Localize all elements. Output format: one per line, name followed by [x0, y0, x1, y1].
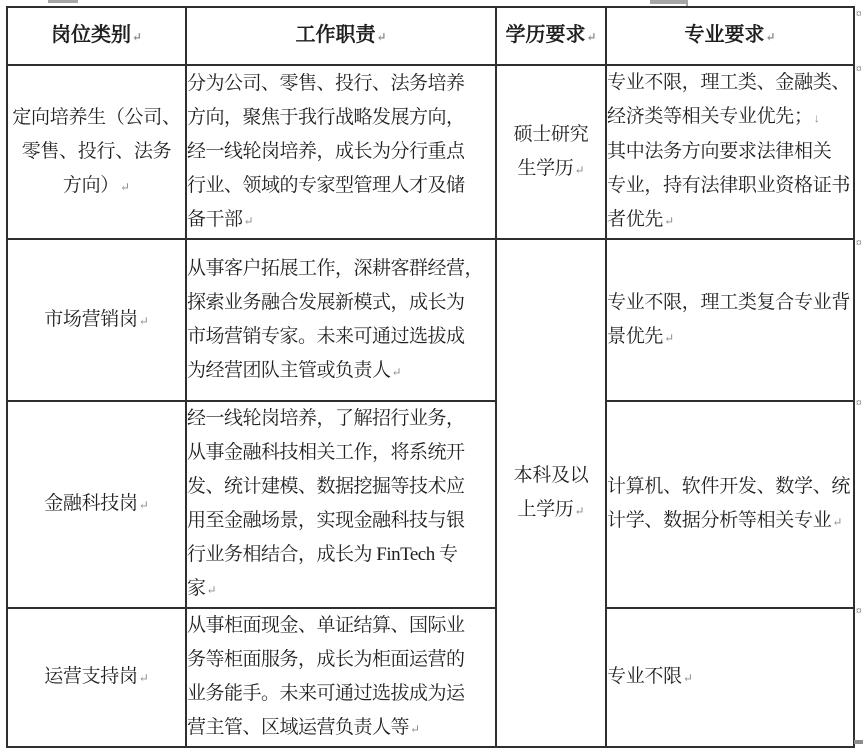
- cell-text: 市场营销岗: [44, 309, 138, 330]
- end-of-row-mark: ¤: [856, 398, 862, 409]
- header-major-requirement: 专业要求↵: [606, 7, 854, 65]
- cell-text: 专业不限，理工类复合专业背 景优先: [607, 292, 850, 347]
- paragraph-mark: ↵: [139, 671, 149, 685]
- cell-text: 专业不限: [607, 666, 682, 687]
- cell-text: 经一线轮岗培养，了解招行业务， 从事金融科技相关工作，将系统开 发、统计建模、数…: [187, 408, 465, 599]
- cell-category-targeted-trainee: 定向培养生（公司、 零售、投行、法务 方向）↵: [7, 65, 186, 239]
- line-break-mark: ↓: [814, 111, 820, 125]
- major-paragraph-1: 专业不限，理工类、金融类、 经济类等相关专业优先；↓: [607, 66, 853, 135]
- end-of-row-mark: ¤: [856, 238, 862, 249]
- paragraph-mark: ↵: [410, 722, 420, 736]
- header-label: 岗位类别: [51, 24, 131, 46]
- paragraph-mark: ↵: [139, 314, 149, 328]
- paragraph-mark: ↵: [132, 30, 142, 44]
- paragraph-mark: ↵: [765, 30, 775, 44]
- header-label: 工作职责: [295, 24, 375, 46]
- cell-text: 计算机、软件开发、数学、统 计学、数据分析等相关专业: [607, 476, 850, 531]
- cell-category-operations: 运营支持岗↵: [7, 608, 186, 747]
- end-of-row-mark: ¤: [856, 9, 862, 20]
- header-position-category: 岗位类别↵: [7, 7, 186, 65]
- row-fintech: 金融科技岗↵ 经一线轮岗培养，了解招行业务， 从事金融科技相关工作，将系统开 发…: [7, 401, 854, 608]
- paragraph-mark: ↵: [683, 671, 693, 685]
- paragraph-mark: ↵: [376, 30, 386, 44]
- paragraph-mark: ↵: [392, 365, 402, 379]
- cell-major-fintech: 计算机、软件开发、数学、统 计学、数据分析等相关专业↵: [606, 401, 854, 608]
- row-operations: 运营支持岗↵ 从事柜面现金、单证结算、国际业 务等柜面服务，成长为柜面运营的 业…: [7, 608, 854, 747]
- cell-text: 从事柜面现金、单证结算、国际业 务等柜面服务，成长为柜面运营的 业务能手。未来可…: [187, 615, 465, 738]
- header-label: 专业要求: [684, 24, 764, 46]
- cropped-content-artifact-left: [48, 0, 78, 3]
- cell-major-targeted-trainee: 专业不限，理工类、金融类、 经济类等相关专业优先；↓ 其中法务方向要求法律相关 …: [606, 65, 854, 239]
- cell-category-fintech: 金融科技岗↵: [7, 401, 186, 608]
- paragraph-mark: ↵: [586, 30, 596, 44]
- job-positions-table: 岗位类别↵ 工作职责↵ 学历要求↵ 专业要求↵ 定向培养生（公司、 零售、投行、…: [6, 6, 855, 748]
- cell-major-operations: 专业不限↵: [606, 608, 854, 747]
- row-marketing: 市场营销岗↵ 从事客户拓展工作，深耕客群经营， 探索业务融合发展新模式，成长为 …: [7, 239, 854, 401]
- paragraph-mark: ↵: [664, 214, 674, 228]
- cell-duties-targeted-trainee: 分为公司、零售、投行、法务培养 方向，聚焦于我行战略发展方向， 经一线轮岗培养，…: [186, 65, 496, 239]
- cell-text: 运营支持岗: [44, 666, 138, 687]
- row-targeted-trainee: 定向培养生（公司、 零售、投行、法务 方向）↵ 分为公司、零售、投行、法务培养 …: [7, 65, 854, 239]
- cell-education-bachelor-merged: 本科及以 上学历↵: [496, 239, 606, 747]
- cell-text: 定向培养生（公司、 零售、投行、法务 方向）: [12, 107, 180, 196]
- cell-category-marketing: 市场营销岗↵: [7, 239, 186, 401]
- cell-duties-fintech: 经一线轮岗培养，了解招行业务， 从事金融科技相关工作，将系统开 发、统计建模、数…: [186, 401, 496, 608]
- paragraph-mark: ↵: [139, 498, 149, 512]
- paragraph-mark: ↵: [575, 504, 585, 518]
- paragraph-mark: ↵: [207, 583, 217, 597]
- header-job-duties: 工作职责↵: [186, 7, 496, 65]
- paragraph-mark: ↵: [664, 331, 674, 345]
- end-of-row-mark: ¤: [856, 64, 862, 75]
- cell-text: 其中法务方向要求法律相关 专业，持有法律职业资格证书 者优先: [607, 141, 850, 230]
- cell-text: 分为公司、零售、投行、法务培养 方向，聚焦于我行战略发展方向， 经一线轮岗培养，…: [187, 73, 465, 230]
- cell-duties-operations: 从事柜面现金、单证结算、国际业 务等柜面服务，成长为柜面运营的 业务能手。未来可…: [186, 608, 496, 747]
- cell-text: 从事客户拓展工作，深耕客群经营， 探索业务融合发展新模式，成长为 市场营销专家。…: [187, 258, 483, 381]
- header-label: 学历要求: [505, 24, 585, 46]
- cropped-content-artifact-right: [650, 0, 688, 4]
- major-paragraph-2: 其中法务方向要求法律相关 专业，持有法律职业资格证书 者优先↵: [607, 135, 853, 238]
- paragraph-mark: ↵: [575, 163, 585, 177]
- header-row: 岗位类别↵ 工作职责↵ 学历要求↵ 专业要求↵: [7, 7, 854, 65]
- cell-major-marketing: 专业不限，理工类复合专业背 景优先↵: [606, 239, 854, 401]
- cell-duties-marketing: 从事客户拓展工作，深耕客群经营， 探索业务融合发展新模式，成长为 市场营销专家。…: [186, 239, 496, 401]
- paragraph-mark: ↵: [244, 214, 254, 228]
- cell-text: 金融科技岗: [44, 493, 138, 514]
- cell-education-masters: 硕士研究 生学历↵: [496, 65, 606, 239]
- paragraph-mark: ↵: [120, 180, 130, 194]
- paragraph-mark: ↵: [832, 515, 842, 529]
- header-education-requirement: 学历要求↵: [496, 7, 606, 65]
- border-artifact-bottom-right: [854, 740, 863, 744]
- end-of-row-mark: ¤: [856, 606, 862, 617]
